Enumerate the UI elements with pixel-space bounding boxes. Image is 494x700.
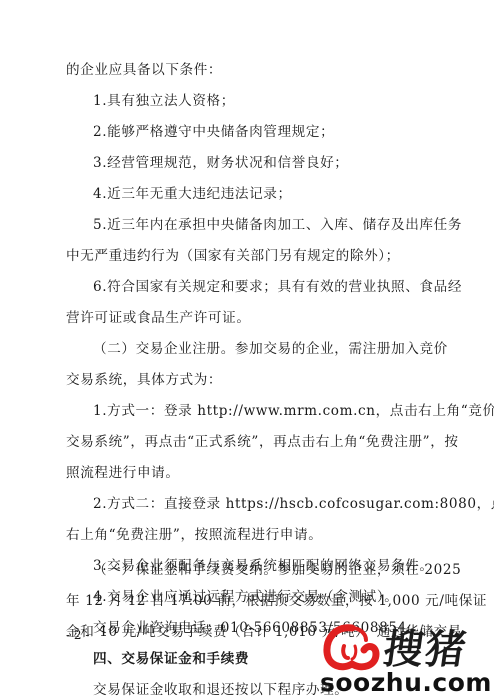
list-item: 1.方式一：登录 http://www.mrm.com.cn，点击右上角“竞价 (93, 399, 428, 423)
list-item: 3.经营管理规范，财务状况和信誉良好； (93, 151, 428, 175)
list-item: 4.近三年无重大违纪违法记录； (93, 182, 428, 206)
text-line: 营许可证或食品生产许可证。 (66, 306, 428, 330)
brand-name-cn: 搜猪 (380, 618, 472, 675)
section-heading-registration: （二）交易企业注册。参加交易的企业，需注册加入竞价 (93, 337, 428, 361)
text-line: 中无严重违约行为（国家有关部门另有规定的除外）； (66, 244, 428, 268)
text-line: 交易系统”，再点击“正式系统”，再点击右上角“免费注册”，按 (66, 430, 428, 454)
page-number: - 2 - (66, 628, 89, 642)
text-line: 年 12 月 12 日 17:00 前，根据预交易数量，按 1,000 元/吨保… (66, 589, 428, 613)
section-heading-payment: （一）保证金和手续费交纳。参加交易的企业，须在 2025 (93, 558, 428, 582)
list-item: 2.方式二：直接登录 https://hscb.cofcosugar.com:8… (93, 492, 428, 516)
watermark-logo: 搜猪 soozhu.com (318, 618, 490, 698)
list-item: 2.能够严格遵守中央储备肉管理规定； (93, 120, 428, 144)
text-line: 交易系统，具体方式为： (66, 368, 428, 392)
text-line: 照流程进行申请。 (66, 461, 428, 485)
pig-logo-icon (322, 622, 380, 672)
text-line: 右上角“免费注册”，按照流程进行申请。 (66, 523, 428, 547)
list-item: 5.近三年内在承担中央储备肉加工、入库、储存及出库任务 (93, 213, 428, 237)
list-item: 6.符合国家有关规定和要求；具有有效的营业执照、食品经 (93, 275, 428, 299)
text-line: 的企业应具备以下条件： (66, 58, 428, 82)
brand-name-en: soozhu.com (320, 668, 492, 697)
list-item: 1.具有独立法人资格； (93, 89, 428, 113)
